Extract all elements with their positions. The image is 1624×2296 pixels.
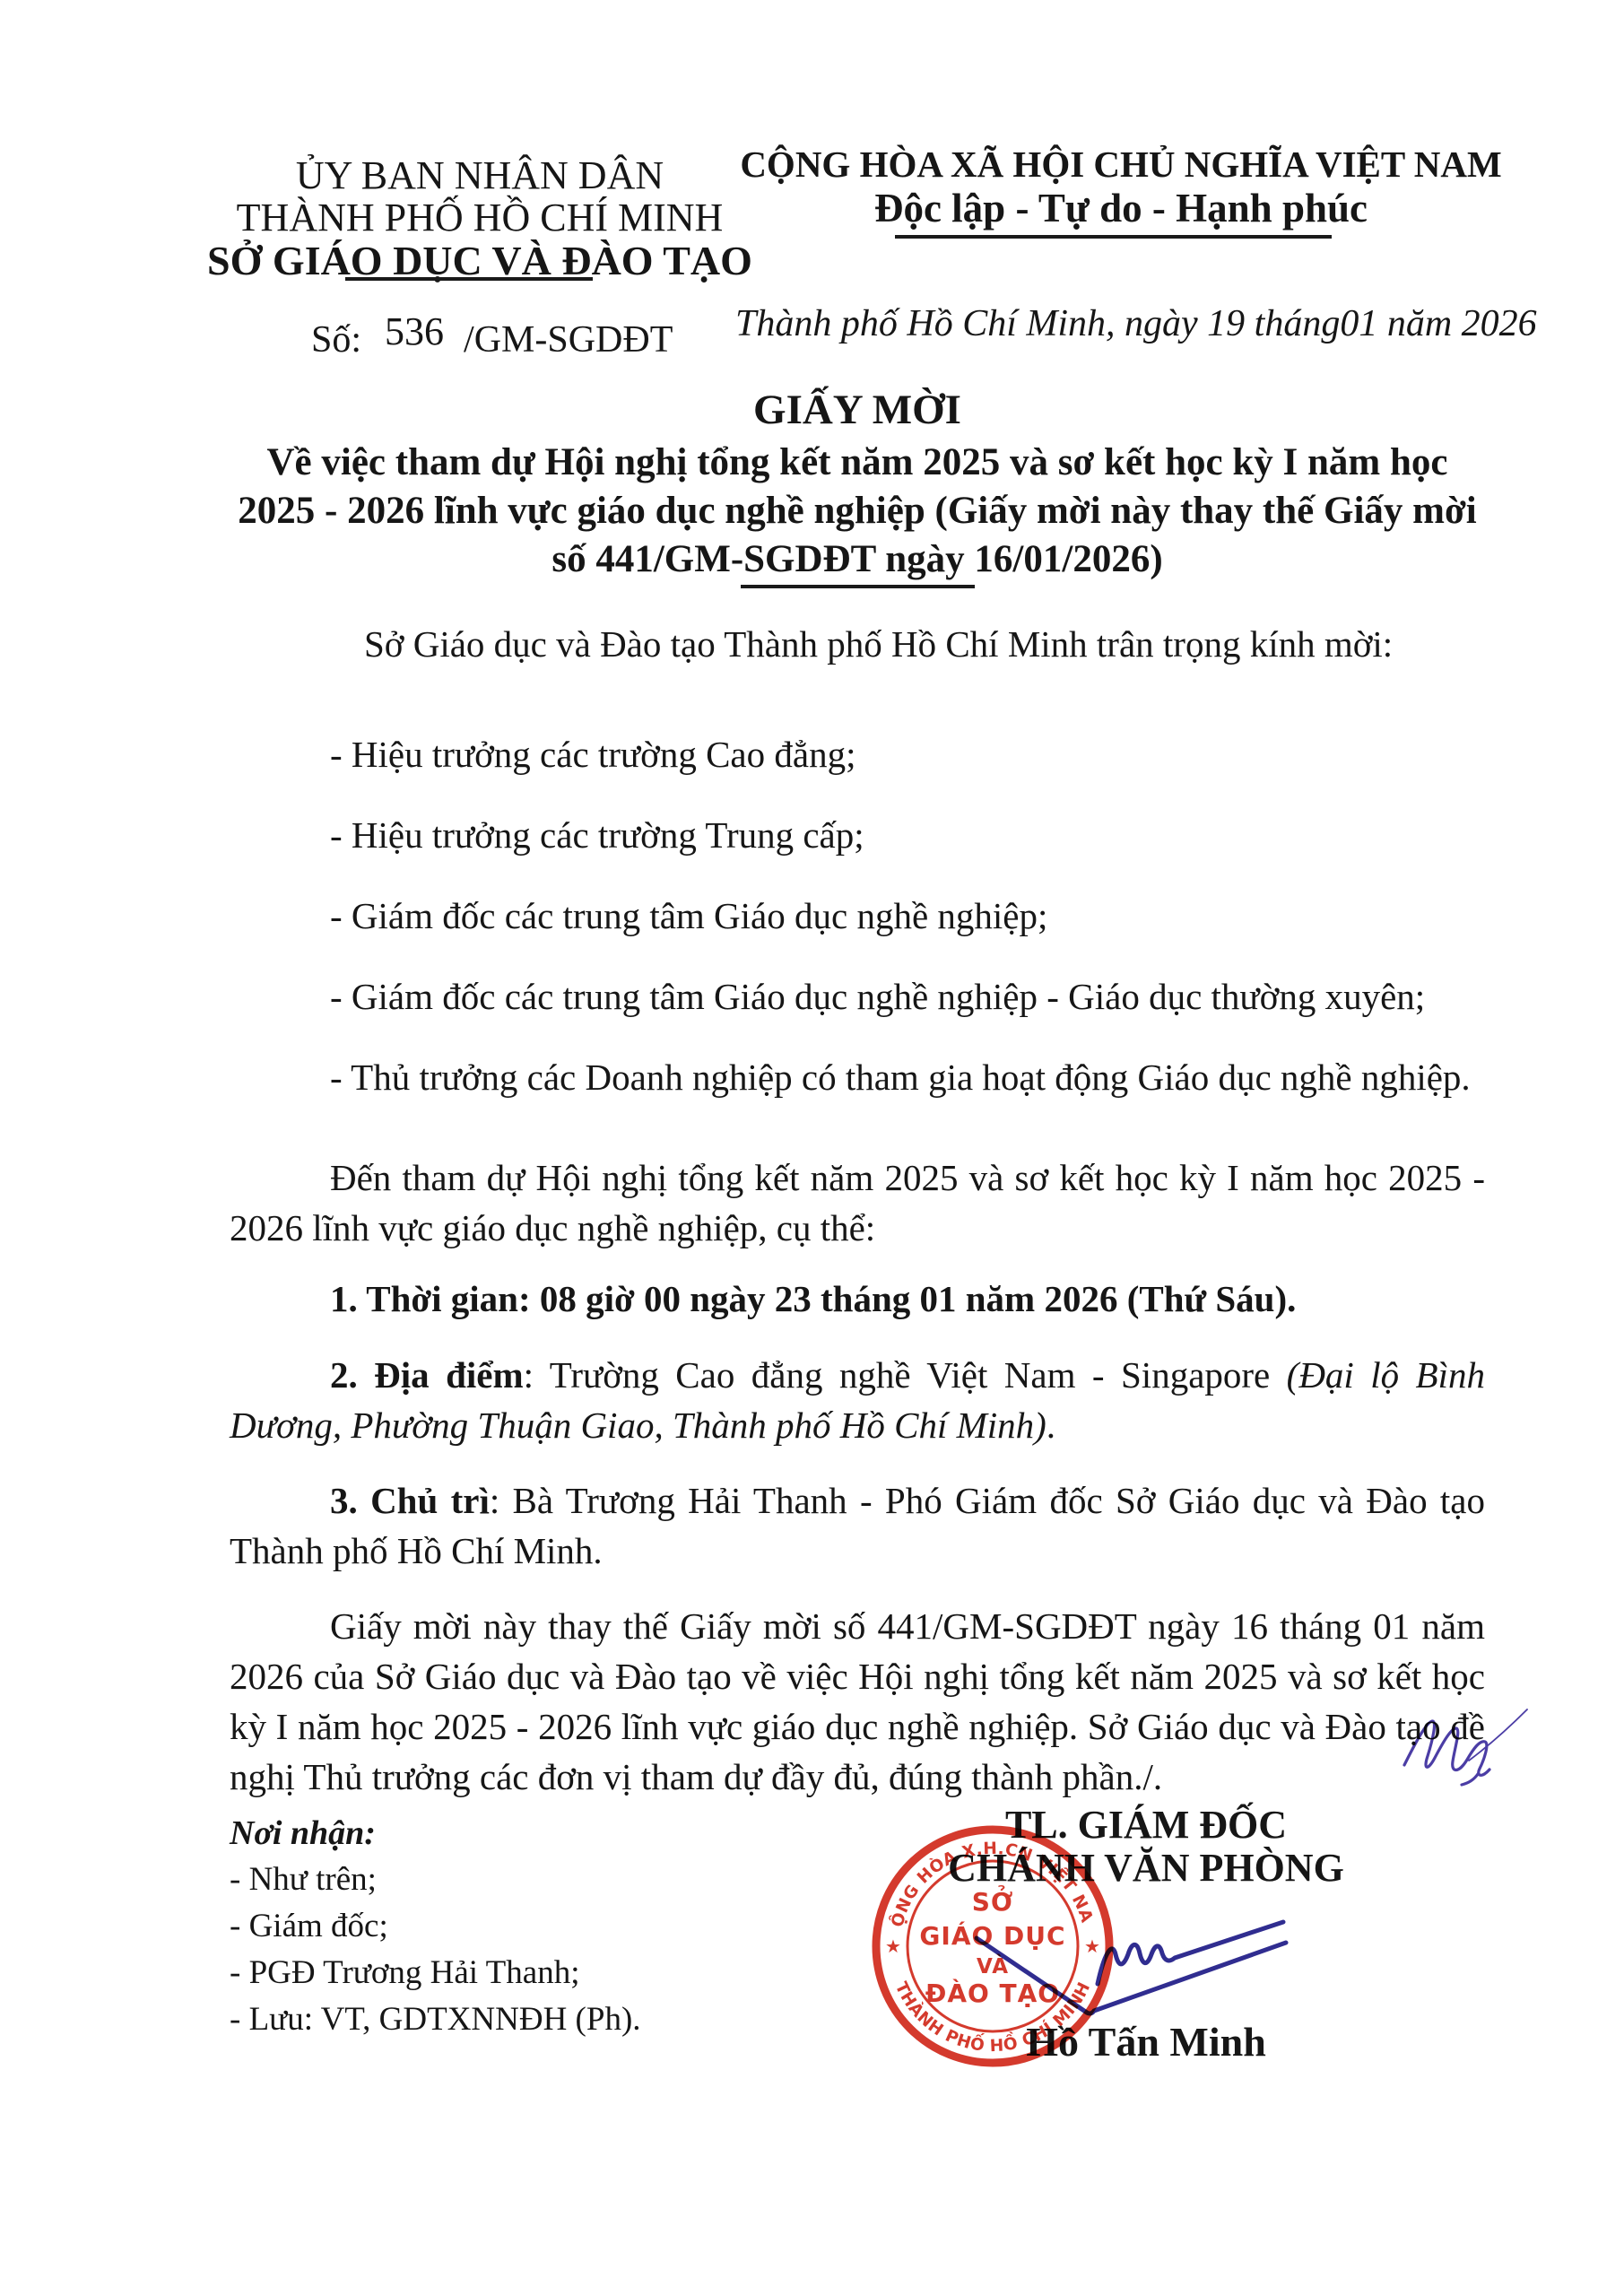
- recipients-list: - Như trên; - Giám đốc; - PGĐ Trương Hải…: [230, 1857, 641, 2043]
- chair-label: 3. Chủ trì: [330, 1480, 490, 1521]
- document-number-prefix: Số:: [311, 319, 361, 361]
- recipient-item: - Như trên;: [230, 1857, 641, 1903]
- document-number-suffix: /GM-SGDĐT: [464, 319, 673, 361]
- national-header: CỘNG HÒA XÃ HỘI CHỦ NGHĨA VIỆT NAM Độc l…: [735, 143, 1507, 230]
- issuer-underline: [345, 277, 593, 281]
- place-date-line: Thành phố Hồ Chí Minh, ngày 19 tháng01 n…: [735, 302, 1507, 345]
- recipient-item: - Giám đốc;: [230, 1903, 641, 1950]
- issuer-line2: THÀNH PHỐ HỒ CHÍ MINH: [175, 196, 785, 239]
- recipient-item: - PGĐ Trương Hải Thanh;: [230, 1950, 641, 1996]
- document-body: Sở Giáo dục và Đào tạo Thành phố Hồ Chí …: [230, 619, 1485, 1802]
- venue-value: : Trường Cao đẳng nghề Việt Nam - Singap…: [524, 1354, 1287, 1396]
- issuer-header: ỦY BAN NHÂN DÂN THÀNH PHỐ HỒ CHÍ MINH SỞ…: [175, 154, 785, 283]
- venue-paragraph: 2. Địa điểm: Trường Cao đẳng nghề Việt N…: [230, 1350, 1485, 1450]
- venue-period: .: [1046, 1405, 1055, 1446]
- subject-underline: [741, 585, 975, 588]
- document-title: GIẤY MỜI: [230, 386, 1485, 434]
- issuer-line1: ỦY BAN NHÂN DÂN: [175, 154, 785, 196]
- document-number: Số:536/GM-SGDĐT: [311, 316, 673, 361]
- document-subject: Về việc tham dự Hội nghị tổng kết năm 20…: [230, 439, 1485, 584]
- list-item: - Hiệu trưởng các trường Trung cấp;: [230, 810, 1485, 860]
- initials-stroke: [1404, 1721, 1489, 1775]
- chair-paragraph: 3. Chủ trì: Bà Trương Hải Thanh - Phó Gi…: [230, 1475, 1485, 1576]
- initials-tail-stroke: [1462, 1774, 1478, 1785]
- time-value: : 08 giờ 00 ngày 23 tháng 01 năm 2026 (T…: [518, 1278, 1296, 1319]
- document-number-value: 536: [385, 309, 444, 353]
- motto-underline: [895, 235, 1332, 239]
- handwritten-initials: [1381, 1684, 1551, 1792]
- national-motto: Độc lập - Tự do - Hạnh phúc: [735, 186, 1507, 230]
- time-label: 1. Thời gian: [330, 1278, 518, 1319]
- signature-scribble: [951, 1883, 1309, 2036]
- initials-flick-stroke: [1469, 1709, 1527, 1761]
- subject-line: 2025 - 2026 lĩnh vực giáo dục nghề nghiệ…: [230, 487, 1485, 535]
- recipients-label: Nơi nhận:: [230, 1813, 376, 1853]
- venue-label: 2. Địa điểm: [330, 1354, 524, 1396]
- issuer-line3: SỞ GIÁO DỤC VÀ ĐÀO TẠO: [175, 239, 785, 283]
- star-icon: ★: [885, 1935, 901, 1957]
- document-page: ỦY BAN NHÂN DÂN THÀNH PHỐ HỒ CHÍ MINH SỞ…: [0, 0, 1624, 2296]
- list-item: - Thủ trưởng các Doanh nghiệp có tham gi…: [230, 1052, 1485, 1102]
- closing-paragraph: Giấy mời này thay thế Giấy mời số 441/GM…: [230, 1601, 1485, 1802]
- attend-paragraph: Đến tham dự Hội nghị tổng kết năm 2025 v…: [230, 1152, 1485, 1253]
- subject-line: Về việc tham dự Hội nghị tổng kết năm 20…: [230, 439, 1485, 487]
- intro-paragraph: Sở Giáo dục và Đào tạo Thành phố Hồ Chí …: [230, 619, 1485, 669]
- list-item: - Giám đốc các trung tâm Giáo dục nghề n…: [230, 971, 1485, 1022]
- list-item: - Giám đốc các trung tâm Giáo dục nghề n…: [230, 891, 1485, 941]
- national-line1: CỘNG HÒA XÃ HỘI CHỦ NGHĨA VIỆT NAM: [735, 143, 1507, 186]
- time-paragraph: 1. Thời gian: 08 giờ 00 ngày 23 tháng 01…: [230, 1274, 1485, 1324]
- recipient-item: - Lưu: VT, GDTXNNĐH (Ph).: [230, 1996, 641, 2043]
- subject-line: số 441/GM-SGDĐT ngày 16/01/2026): [230, 535, 1485, 584]
- list-item: - Hiệu trưởng các trường Cao đẳng;: [230, 729, 1485, 779]
